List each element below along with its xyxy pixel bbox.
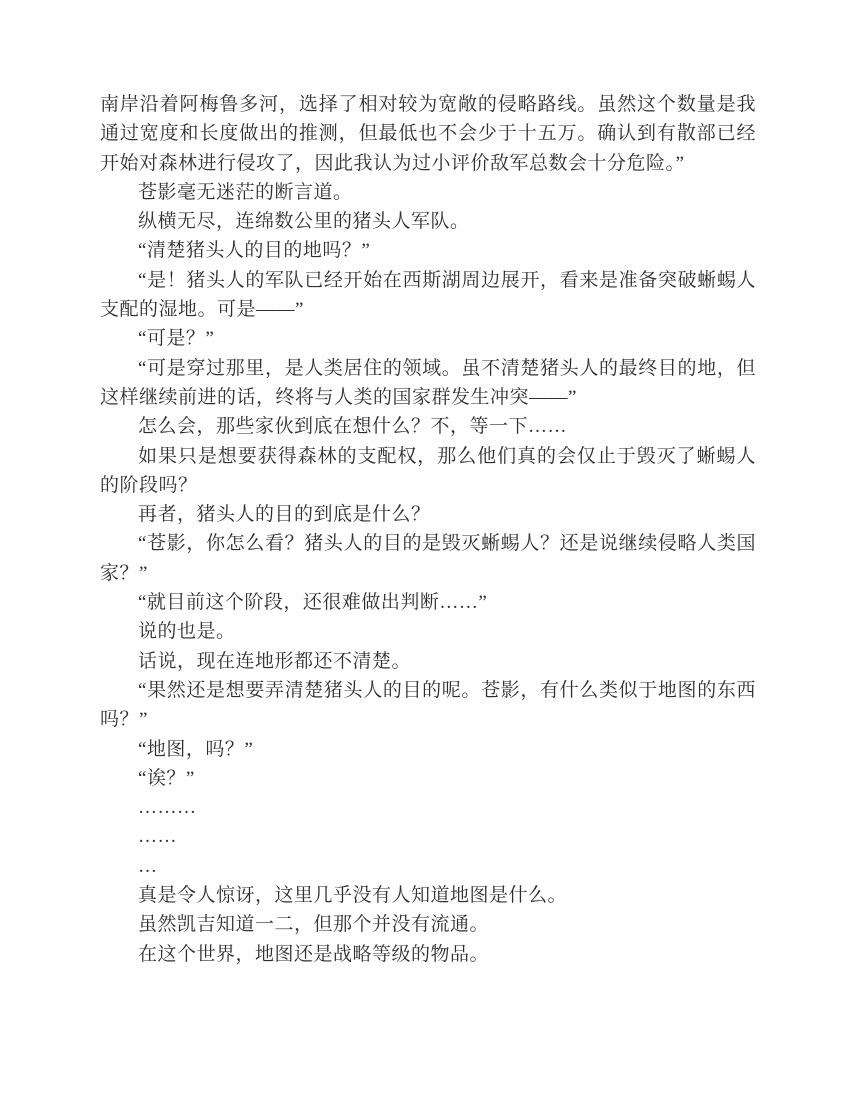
paragraph: …… — [100, 822, 756, 851]
paragraph: 在这个世界，地图还是战略等级的物品。 — [100, 940, 756, 969]
paragraph: 纵横无尽，连绵数公里的猪头人军队。 — [100, 207, 756, 236]
paragraph: “就目前这个阶段，还很难做出判断……” — [100, 588, 756, 617]
paragraph: 南岸沿着阿梅鲁多河，选择了相对较为宽敞的侵略路线。虽然这个数量是我通过宽度和长度… — [100, 90, 756, 178]
paragraph: “诶？” — [100, 764, 756, 793]
paragraph: 虽然凯吉知道一二，但那个并没有流通。 — [100, 910, 756, 939]
paragraph: “果然还是想要弄清楚猪头人的目的呢。苍影，有什么类似于地图的东西吗？” — [100, 676, 756, 735]
paragraph: 再者，猪头人的目的到底是什么？ — [100, 500, 756, 529]
paragraph: “清楚猪头人的目的地吗？” — [100, 236, 756, 265]
novel-page: 南岸沿着阿梅鲁多河，选择了相对较为宽敞的侵略路线。虽然这个数量是我通过宽度和长度… — [0, 0, 850, 1100]
paragraph: 话说，现在连地形都还不清楚。 — [100, 647, 756, 676]
paragraph: 真是令人惊讶，这里几乎没有人知道地图是什么。 — [100, 881, 756, 910]
paragraph: 说的也是。 — [100, 617, 756, 646]
paragraph: 苍影毫无迷茫的断言道。 — [100, 178, 756, 207]
paragraph: “苍影，你怎么看？猪头人的目的是毁灭蜥蜴人？还是说继续侵略人类国家？” — [100, 529, 756, 588]
paragraph: 怎么会，那些家伙到底在想什么？不，等一下…… — [100, 412, 756, 441]
paragraph: “可是？” — [100, 324, 756, 353]
paragraph: “是！猪头人的军队已经开始在西斯湖周边展开，看来是准备突破蜥蜴人支配的湿地。可是… — [100, 266, 756, 325]
paragraph: “可是穿过那里，是人类居住的领域。虽不清楚猪头人的最终目的地，但这样继续前进的话… — [100, 354, 756, 413]
page-text: 南岸沿着阿梅鲁多河，选择了相对较为宽敞的侵略路线。虽然这个数量是我通过宽度和长度… — [100, 90, 756, 969]
paragraph: “地图，吗？” — [100, 735, 756, 764]
paragraph: 如果只是想要获得森林的支配权，那么他们真的会仅止于毁灭了蜥蜴人的阶段吗？ — [100, 442, 756, 501]
paragraph: ……… — [100, 793, 756, 822]
paragraph: … — [100, 852, 756, 881]
